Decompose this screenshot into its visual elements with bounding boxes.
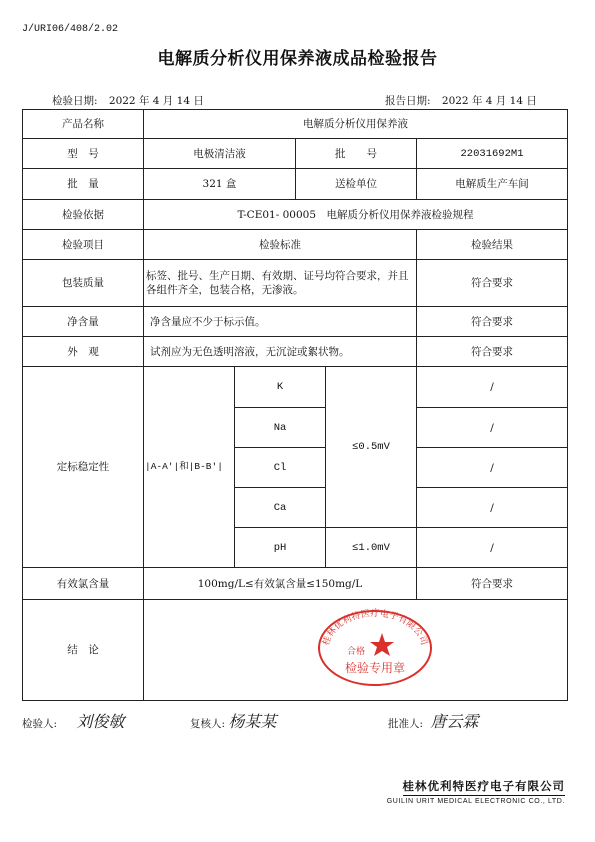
- submitter-value: 电解质生产车间: [417, 169, 568, 200]
- item-packaging: 包装质量: [23, 260, 144, 307]
- reviewer-label: 复核人:: [190, 718, 225, 730]
- inspector-label: 检验人:: [22, 718, 57, 730]
- table-row: 有效氯含量 100mg/L≤有效氯含量≤150mg/L 符合要求: [23, 568, 568, 600]
- approver-signature: 唐云霖: [430, 712, 478, 731]
- header-item: 检验项目: [23, 230, 144, 260]
- star-icon: [370, 633, 394, 656]
- analyte-ph: pH: [235, 528, 326, 568]
- item-appearance: 外 观: [23, 337, 144, 367]
- model-label: 型 号: [23, 139, 144, 169]
- batch-no-value: 22031692M1: [417, 139, 568, 169]
- limit-ions: ≤0.5mV: [326, 367, 417, 528]
- table-row: 产品名称 电解质分析仪用保养液: [23, 110, 568, 139]
- inspection-stamp: 桂林优利特医疗电子有限公司 合格 检验专用章: [316, 606, 434, 686]
- report-table: 产品名称 电解质分析仪用保养液 型 号 电极清洁液 批 号 22031692M1…: [22, 109, 568, 701]
- analyte-cl: Cl: [235, 448, 326, 488]
- result-k: /: [417, 367, 568, 408]
- report-date: 报告日期: 2022 年 4 月 14 日: [385, 93, 537, 108]
- inspector-signature: 刘俊敏: [76, 712, 124, 731]
- analyte-na: Na: [235, 408, 326, 448]
- inspection-date-value: 2022 年 4 月 14 日: [109, 95, 204, 107]
- basis-label: 检验依据: [23, 200, 144, 230]
- product-name-value: 电解质分析仪用保养液: [144, 110, 568, 139]
- table-row: 包装质量 标签、批号、生产日期、有效期、证号均符合要求，并且各组件齐全，包装合格…: [23, 260, 568, 307]
- table-header-row: 检验项目 检验标准 检验结果: [23, 230, 568, 260]
- company-name-en: GUILIN URIT MEDICAL ELECTRONIC CO., LTD.: [387, 798, 565, 805]
- basis-value: T-CE01- 00005 电解质分析仪用保养液检验规程: [144, 200, 568, 230]
- batch-no-label: 批 号: [296, 139, 417, 169]
- table-row: 型 号 电极清洁液 批 号 22031692M1: [23, 139, 568, 169]
- table-row: 净含量 净含量应不少于标示值。 符合要求: [23, 307, 568, 337]
- stability-criterion: |A-A′|和|B-B′|: [144, 367, 235, 568]
- svg-text:桂林优利特医疗电子有限公司: 桂林优利特医疗电子有限公司: [319, 607, 429, 647]
- table-row: 外 观 试剂应为无色透明溶液，无沉淀或絮状物。 符合要求: [23, 337, 568, 367]
- limit-ph: ≤1.0mV: [326, 528, 417, 568]
- inspection-date-label: 检验日期:: [52, 95, 98, 107]
- item-stability: 定标稳定性: [23, 367, 144, 568]
- inspector-signature-block: 检验人: 刘俊敏: [22, 709, 124, 732]
- header-standard: 检验标准: [144, 230, 417, 260]
- model-value: 电极清洁液: [144, 139, 296, 169]
- approver-signature-block: 批准人: 唐云霖: [388, 709, 478, 732]
- stamp-bottom-text: 检验专用章: [345, 660, 405, 675]
- table-row: 检验依据 T-CE01- 00005 电解质分析仪用保养液检验规程: [23, 200, 568, 230]
- table-row: 批 量 321 盒 送检单位 电解质生产车间: [23, 169, 568, 200]
- batch-qty-label: 批 量: [23, 169, 144, 200]
- stamp-arc-text: 桂林优利特医疗电子有限公司: [319, 607, 429, 647]
- report-date-value: 2022 年 4 月 14 日: [442, 95, 537, 107]
- result-packaging: 符合要求: [417, 260, 568, 307]
- standard-chlorine: 100mg/L≤有效氯含量≤150mg/L: [144, 568, 417, 600]
- result-appearance: 符合要求: [417, 337, 568, 367]
- result-ca: /: [417, 488, 568, 528]
- table-row: 结 论: [23, 600, 568, 701]
- conclusion-label: 结 论: [23, 600, 144, 701]
- result-ph: /: [417, 528, 568, 568]
- item-chlorine: 有效氯含量: [23, 568, 144, 600]
- result-na: /: [417, 408, 568, 448]
- result-chlorine: 符合要求: [417, 568, 568, 600]
- product-name-label: 产品名称: [23, 110, 144, 139]
- table-row: 定标稳定性 |A-A′|和|B-B′| K ≤0.5mV /: [23, 367, 568, 408]
- document-code: J/URI06/408/2.02: [22, 24, 118, 35]
- standard-packaging: 标签、批号、生产日期、有效期、证号均符合要求，并且各组件齐全，包装合格，无渗液。: [144, 260, 417, 307]
- standard-appearance: 试剂应为无色透明溶液，无沉淀或絮状物。: [144, 337, 417, 367]
- page-title: 电解质分析仪用保养液成品检验报告: [0, 44, 595, 69]
- reviewer-signature-block: 复核人: 杨某某: [190, 709, 276, 732]
- approver-label: 批准人:: [388, 718, 423, 730]
- report-date-label: 报告日期:: [385, 95, 431, 107]
- item-net-content: 净含量: [23, 307, 144, 337]
- stamp-mid-text: 合格: [347, 645, 365, 657]
- header-result: 检验结果: [417, 230, 568, 260]
- batch-qty-value: 321 盒: [144, 169, 296, 200]
- submitter-label: 送检单位: [296, 169, 417, 200]
- result-cl: /: [417, 448, 568, 488]
- company-name-cn: 桂林优利特医疗电子有限公司: [403, 778, 566, 796]
- inspection-date: 检验日期: 2022 年 4 月 14 日: [52, 93, 204, 108]
- result-net-content: 符合要求: [417, 307, 568, 337]
- reviewer-signature: 杨某某: [228, 712, 276, 731]
- standard-net-content: 净含量应不少于标示值。: [144, 307, 417, 337]
- analyte-ca: Ca: [235, 488, 326, 528]
- analyte-k: K: [235, 367, 326, 408]
